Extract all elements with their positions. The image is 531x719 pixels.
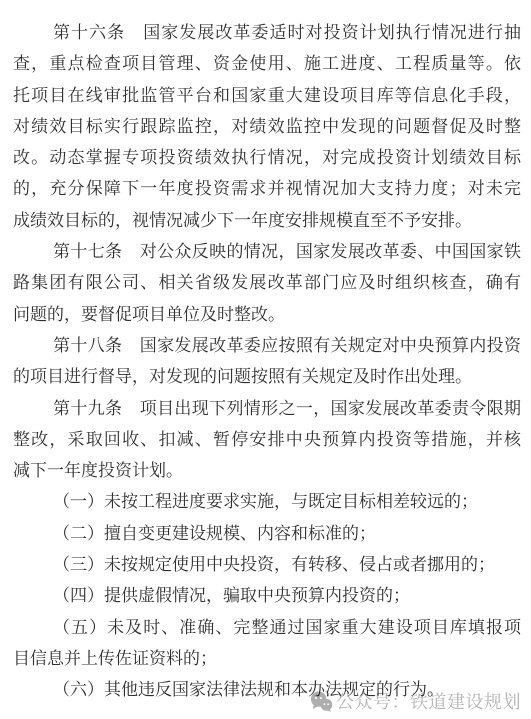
list-item-6: （六）其他违反国家法律法规和本办法规定的行为。 <box>13 674 521 705</box>
text-line: 第十八条 国家发展改革委应按照有关规定对中央预算内投资 <box>13 330 521 361</box>
text-line: 成绩效目标的，视情况减少下一年度安排规模直至不予安排。 <box>13 205 521 236</box>
text-line: 改。动态掌握专项投资绩效执行情况，对完成投资计划绩效目标 <box>13 142 521 173</box>
regulation-document-body: 第十六条 国家发展改革委适时对投资计划执行情况进行抽 查，重点检查项目管理、资金… <box>13 17 521 706</box>
text-line: 问题的，要督促项目单位及时整改。 <box>13 299 521 330</box>
text-line: （六）其他违反国家法律法规和本办法规定的行为。 <box>13 674 521 705</box>
article-16-paragraph: 第十六条 国家发展改革委适时对投资计划执行情况进行抽 查，重点检查项目管理、资金… <box>13 17 521 236</box>
text-line: （二）擅自变更建设规模、内容和标准的； <box>13 518 521 549</box>
text-line: 第十七条 对公众反映的情况，国家发展改革委、中国国家铁 <box>13 236 521 267</box>
text-line: 路集团有限公司、相关省级发展改革部门应及时组织核查，确有 <box>13 267 521 298</box>
text-line: 查，重点检查项目管理、资金使用、施工进度、工程质量等。依 <box>13 48 521 79</box>
text-line: （一）未按工程进度要求实施，与既定目标相差较远的； <box>13 486 521 517</box>
text-line: （三）未按规定使用中央投资，有转移、侵占或者挪用的； <box>13 549 521 580</box>
text-line: 减下一年度投资计划。 <box>13 455 521 486</box>
text-line: 的项目进行督导，对发现的问题按照有关规定及时作出处理。 <box>13 361 521 392</box>
text-line: 第十九条 项目出现下列情形之一，国家发展改革委责令限期 <box>13 393 521 424</box>
list-item-2: （二）擅自变更建设规模、内容和标准的； <box>13 518 521 549</box>
list-item-3: （三）未按规定使用中央投资，有转移、侵占或者挪用的； <box>13 549 521 580</box>
text-line: （五）未及时、准确、完整通过国家重大建设项目库填报项 <box>13 612 521 643</box>
list-item-4: （四）提供虚假情况，骗取中央预算内投资的； <box>13 580 521 611</box>
list-item-1: （一）未按工程进度要求实施，与既定目标相差较远的； <box>13 486 521 517</box>
article-19-paragraph: 第十九条 项目出现下列情形之一，国家发展改革委责令限期 整改，采取回收、扣减、暂… <box>13 393 521 487</box>
article-18-paragraph: 第十八条 国家发展改革委应按照有关规定对中央预算内投资 的项目进行督导，对发现的… <box>13 330 521 393</box>
text-line: 的，充分保障下一年度投资需求并视情况加大支持力度；对未完 <box>13 173 521 204</box>
text-line: 托项目在线审批监管平台和国家重大建设项目库等信息化手段， <box>13 80 521 111</box>
text-line: 对绩效目标实行跟踪监控，对绩效监控中发现的问题督促及时整 <box>13 111 521 142</box>
text-line: 第十六条 国家发展改革委适时对投资计划执行情况进行抽 <box>13 17 521 48</box>
text-line: （四）提供虚假情况，骗取中央预算内投资的； <box>13 580 521 611</box>
list-item-5: （五）未及时、准确、完整通过国家重大建设项目库填报项 目信息并上传佐证资料的； <box>13 612 521 675</box>
article-17-paragraph: 第十七条 对公众反映的情况，国家发展改革委、中国国家铁 路集团有限公司、相关省级… <box>13 236 521 330</box>
text-line: 整改，采取回收、扣减、暂停安排中央预算内投资等措施，并核 <box>13 424 521 455</box>
text-line: 目信息并上传佐证资料的； <box>13 643 521 674</box>
